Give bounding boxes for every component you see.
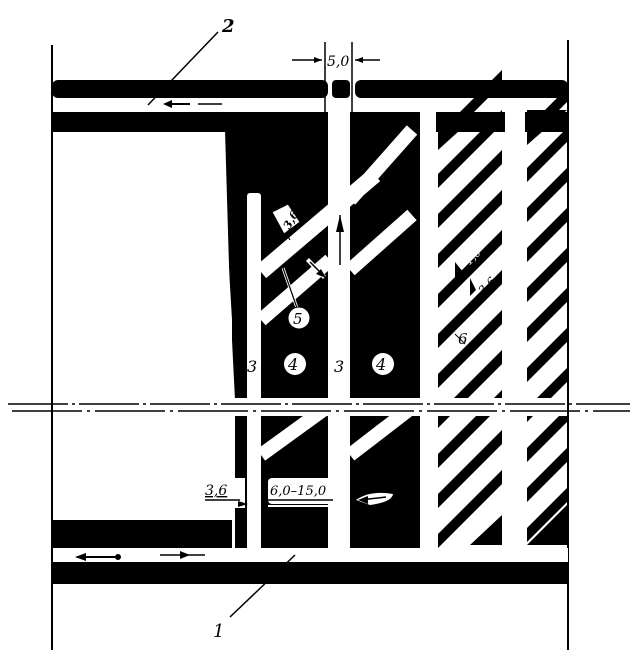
svg-text:1: 1 xyxy=(213,621,224,642)
break-line xyxy=(0,398,638,416)
svg-text:5: 5 xyxy=(293,310,303,328)
svg-text:6: 6 xyxy=(458,330,468,348)
dimension-entry-width: 3,6 xyxy=(200,478,248,508)
svg-text:4: 4 xyxy=(375,355,386,374)
svg-text:3: 3 xyxy=(334,357,344,376)
svg-text:6,0–15,0: 6,0–15,0 xyxy=(270,484,326,499)
svg-text:3,6: 3,6 xyxy=(205,483,227,499)
chevron-rib-pillars xyxy=(438,70,567,548)
arrows-lower-drift xyxy=(75,551,205,561)
arrow-upper-drift xyxy=(163,100,222,108)
svg-text:3: 3 xyxy=(247,357,257,376)
svg-text:4: 4 xyxy=(287,355,298,374)
dimension-pillar-width: 6,0–15,0 xyxy=(268,478,333,506)
mine-layout-diagram: 5,0 2 1 3,6 xyxy=(0,0,638,659)
svg-text:5,0: 5,0 xyxy=(327,54,349,70)
svg-text:2: 2 xyxy=(221,16,235,37)
